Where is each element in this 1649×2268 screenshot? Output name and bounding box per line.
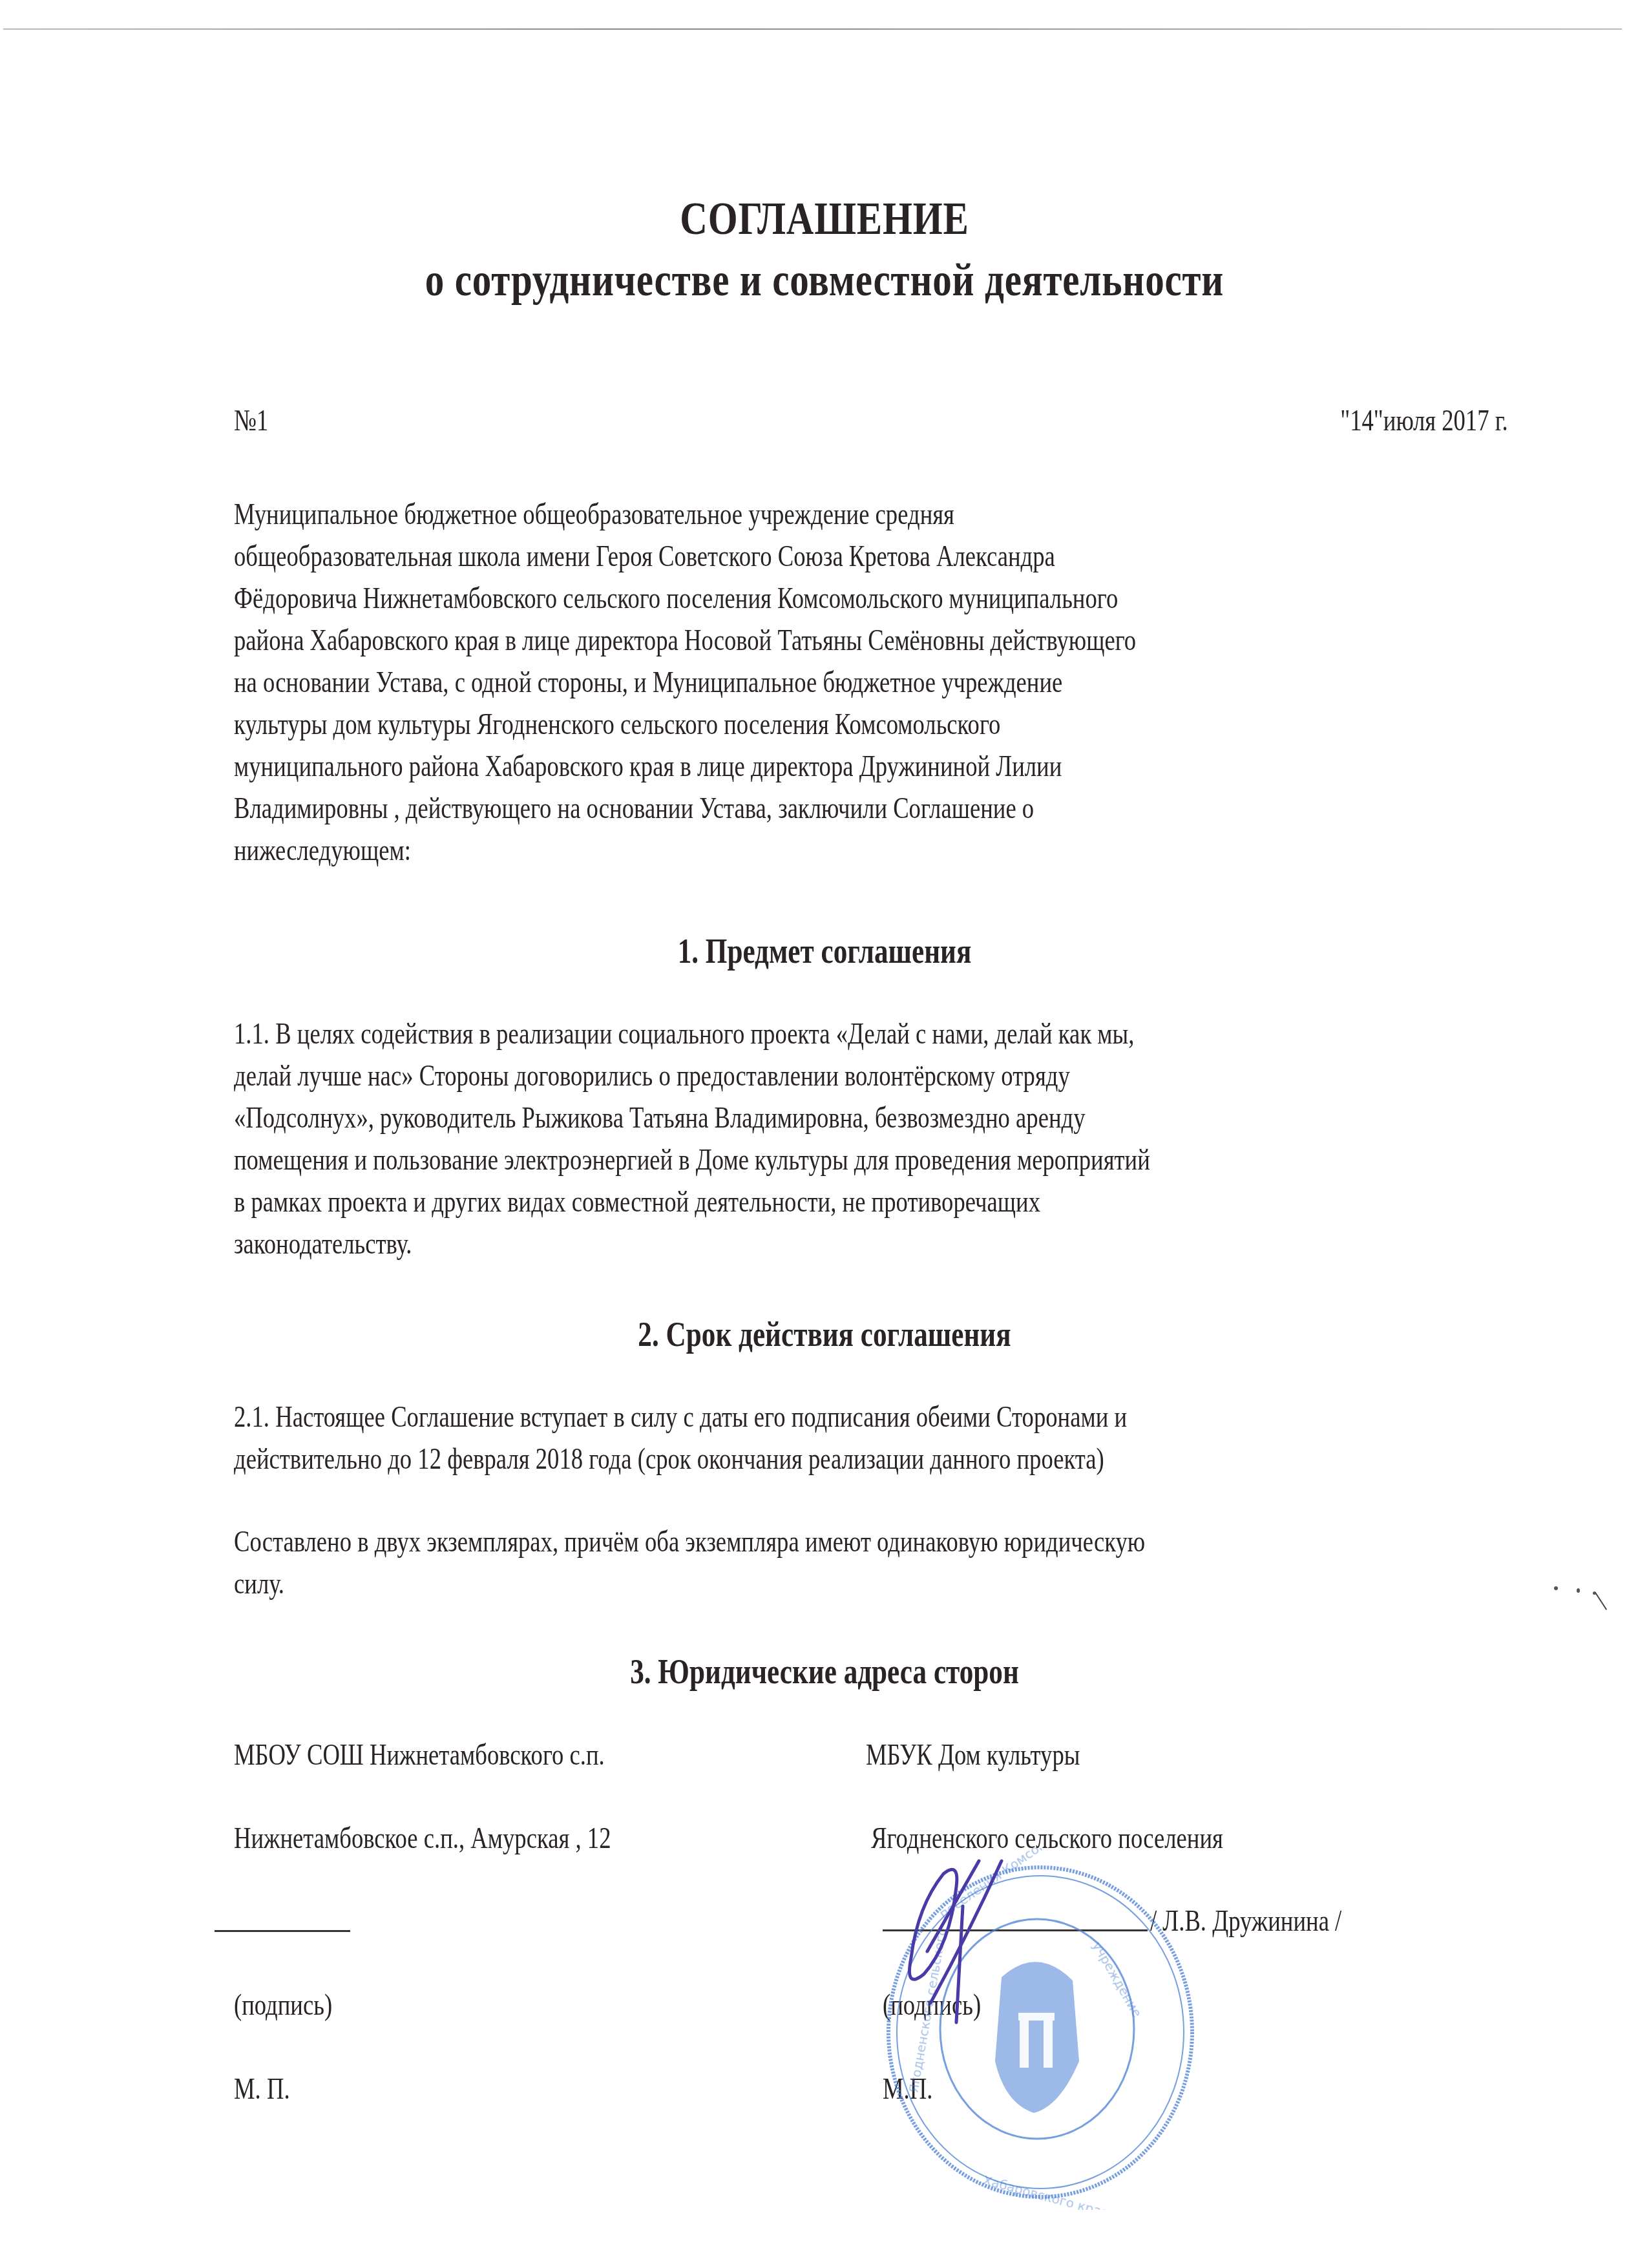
- clause-line: законодательству.: [234, 1229, 412, 1259]
- party-left-address: Нижнетамбовское с.п., Амурская , 12: [234, 1823, 611, 1854]
- clause-line: в рамках проекта и других видах совместн…: [234, 1187, 1040, 1217]
- party-right-address: Ягодненского сельского поселения: [871, 1823, 1223, 1854]
- party-right-seal-mark: М.П.: [883, 2074, 932, 2105]
- preamble-line: Владимировны , действующего на основании…: [234, 793, 1034, 824]
- scan-edge-line: [3, 28, 1622, 30]
- clause-line: Составлено в двух экземплярах, причём об…: [234, 1527, 1145, 1557]
- clause-line: «Подсолнух», руководитель Рыжикова Татья…: [234, 1103, 1086, 1133]
- party-right-signature-line: [883, 1929, 1148, 1931]
- svg-text:учреждение: учреждение: [1089, 1939, 1145, 2021]
- document-subtitle: о сотрудничестве и совместной деятельнос…: [149, 253, 1501, 307]
- preamble-line: общеобразовательная школа имени Героя Со…: [234, 541, 1055, 572]
- preamble-line: культуры дом культуры Ягодненского сельс…: [234, 709, 1000, 740]
- clause-line: силу.: [234, 1569, 284, 1599]
- clause-line: действительно до 12 февраля 2018 года (с…: [234, 1444, 1104, 1475]
- preamble-line: Фёдоровича Нижнетамбовского сельского по…: [234, 583, 1118, 614]
- preamble-line: нижеследующем:: [234, 835, 411, 866]
- scan-artifact: [1595, 1592, 1607, 1610]
- preamble-line: района Хабаровского края в лице директор…: [234, 625, 1136, 656]
- agreement-number: №1: [234, 406, 268, 436]
- svg-text:поселения Комсомольского: поселения Комсомольского: [936, 1848, 1100, 1922]
- party-left-seal-mark: М. П.: [234, 2074, 290, 2105]
- preamble-line: Муниципальное бюджетное общеобразователь…: [234, 499, 954, 530]
- clause-line: 2.1. Настоящее Соглашение вступает в сил…: [234, 1402, 1127, 1433]
- svg-text:Хабаровского края: Хабаровского края: [982, 2172, 1111, 2210]
- section-heading-term: 2. Срок действия соглашения: [165, 1317, 1484, 1352]
- official-stamp-icon: поселения Комсомольского учреждение Ягод…: [866, 1848, 1221, 2210]
- party-right-signatory: / Л.В. Дружинина /: [1150, 1906, 1341, 1937]
- scan-artifact: [1577, 1588, 1580, 1593]
- section-heading-subject: 1. Предмет соглашения: [165, 934, 1484, 969]
- party-left-signature-line: [215, 1930, 350, 1932]
- agreement-date: "14"июля 2017 г.: [1340, 406, 1508, 436]
- party-right-signature-caption: (подпись): [883, 1990, 981, 2021]
- party-left-name: МБОУ СОШ Нижнетамбовского с.п.: [234, 1740, 605, 1770]
- party-left-signature-caption: (подпись): [234, 1990, 332, 2021]
- scan-artifact: [1554, 1586, 1558, 1590]
- party-right-name: МБУК Дом культуры: [866, 1740, 1080, 1770]
- document-title: СОГЛАШЕНИЕ: [149, 192, 1501, 246]
- preamble-line: на основании Устава, с одной стороны, и …: [234, 667, 1062, 698]
- clause-line: делай лучше нас» Стороны договорились о …: [234, 1061, 1070, 1091]
- section-heading-addresses: 3. Юридические адреса сторон: [165, 1654, 1484, 1689]
- preamble-line: муниципального района Хабаровского края …: [234, 751, 1062, 782]
- clause-line: помещения и пользование электроэнергией …: [234, 1145, 1150, 1175]
- clause-line: 1.1. В целях содействия в реализации соц…: [234, 1019, 1134, 1049]
